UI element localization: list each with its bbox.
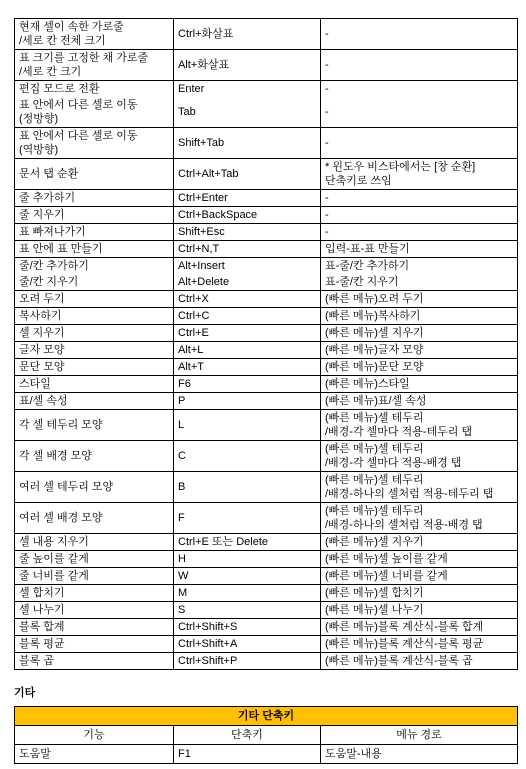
cell-function: 표 안에서 다른 셀로 이동 (역방향) xyxy=(15,128,174,159)
etc-table-title: 기타 단축키 xyxy=(15,707,518,726)
cell-function: 블록 평균 xyxy=(15,636,174,653)
cell-function: 표 안에서 다른 셀로 이동 (정방향) xyxy=(15,97,174,128)
cell-function: 표/셀 속성 xyxy=(15,393,174,410)
table-row: 각 셀 배경 모양C(빠른 메뉴)셀 테두리 /배경-각 셀마다 적용-배경 탭 xyxy=(15,441,518,472)
cell-function: 셀 나누기 xyxy=(15,602,174,619)
cell-menu: (빠른 메뉴)셀 나누기 xyxy=(321,602,518,619)
cell-menu: (빠른 메뉴)오려 두기 xyxy=(321,291,518,308)
cell-function: 줄 높이를 같게 xyxy=(15,551,174,568)
table-row: 블록 합계Ctrl+Shift+S(빠른 메뉴)블록 계산식-블록 합계 xyxy=(15,619,518,636)
cell-shortcut: Ctrl+X xyxy=(174,291,321,308)
table-row: 스타일F6(빠른 메뉴)스타일 xyxy=(15,376,518,393)
cell-menu: - xyxy=(321,19,518,50)
etc-header-menu: 메뉴 경로 xyxy=(321,726,518,745)
shortcut-table-body: 현재 셀이 속한 가로줄 /세로 칸 전체 크기Ctrl+화살표-표 크기를 고… xyxy=(15,19,518,670)
cell-menu: (빠른 메뉴)글자 모양 xyxy=(321,342,518,359)
cell-function: 표 빠져나가기 xyxy=(15,224,174,241)
cell-shortcut: Ctrl+C xyxy=(174,308,321,325)
cell-shortcut: Shift+Esc xyxy=(174,224,321,241)
table-row: 글자 모양Alt+L(빠른 메뉴)글자 모양 xyxy=(15,342,518,359)
table-row: 줄/칸 지우기Alt+Delete표-줄/칸 지우기 xyxy=(15,274,518,291)
cell-menu: - xyxy=(321,207,518,224)
table-row: 여러 셀 테두리 모양B(빠른 메뉴)셀 테두리 /배경-하나의 셀처럼 적용-… xyxy=(15,472,518,503)
cell-function: 줄 추가하기 xyxy=(15,190,174,207)
table-row: 줄/칸 추가하기Alt+Insert표-줄/칸 추가하기 xyxy=(15,258,518,275)
cell-shortcut: Ctrl+E 또는 Delete xyxy=(174,534,321,551)
cell-function: 도움말 xyxy=(15,745,174,764)
cell-shortcut: C xyxy=(174,441,321,472)
table-row: 표 크기를 고정한 채 가로줄 /세로 칸 크기Alt+화살표- xyxy=(15,50,518,81)
cell-shortcut: Ctrl+Enter xyxy=(174,190,321,207)
cell-menu: (빠른 메뉴)복사하기 xyxy=(321,308,518,325)
table-row: 표 안에서 다른 셀로 이동 (정방향)Tab- xyxy=(15,97,518,128)
cell-shortcut: F1 xyxy=(174,745,321,764)
cell-menu: - xyxy=(321,190,518,207)
cell-menu: (빠른 메뉴)셀 지우기 xyxy=(321,325,518,342)
cell-shortcut: M xyxy=(174,585,321,602)
cell-shortcut: Ctrl+E xyxy=(174,325,321,342)
cell-function: 줄/칸 지우기 xyxy=(15,274,174,291)
table-row: 블록 곱Ctrl+Shift+P(빠른 메뉴)블록 계산식-블록 곱 xyxy=(15,653,518,670)
cell-function: 여러 셀 배경 모양 xyxy=(15,503,174,534)
cell-function: 오려 두기 xyxy=(15,291,174,308)
cell-menu: (빠른 메뉴)블록 계산식-블록 곱 xyxy=(321,653,518,670)
table-row: 편집 모드로 전환Enter- xyxy=(15,81,518,98)
cell-menu: - xyxy=(321,50,518,81)
cell-function: 현재 셀이 속한 가로줄 /세로 칸 전체 크기 xyxy=(15,19,174,50)
cell-function: 셀 내용 지우기 xyxy=(15,534,174,551)
cell-function: 블록 합계 xyxy=(15,619,174,636)
cell-menu: (빠른 메뉴)셀 높이를 같게 xyxy=(321,551,518,568)
cell-function: 문단 모양 xyxy=(15,359,174,376)
table-etc-shortcuts: 기타 단축키 기능 단축키 메뉴 경로 도움말F1도움말-내용 xyxy=(14,706,518,764)
table-row: 줄 높이를 같게H(빠른 메뉴)셀 높이를 같게 xyxy=(15,551,518,568)
table-row: 줄 추가하기Ctrl+Enter- xyxy=(15,190,518,207)
table-row: 복사하기Ctrl+C(빠른 메뉴)복사하기 xyxy=(15,308,518,325)
cell-function: 스타일 xyxy=(15,376,174,393)
cell-menu: (빠른 메뉴)셀 합치기 xyxy=(321,585,518,602)
table-row: 셀 지우기Ctrl+E(빠른 메뉴)셀 지우기 xyxy=(15,325,518,342)
table-row: 셀 나누기S(빠른 메뉴)셀 나누기 xyxy=(15,602,518,619)
cell-shortcut: F xyxy=(174,503,321,534)
table-row: 셀 합치기M(빠른 메뉴)셀 합치기 xyxy=(15,585,518,602)
table-row: 표/셀 속성P(빠른 메뉴)표/셀 속성 xyxy=(15,393,518,410)
etc-header-function: 기능 xyxy=(15,726,174,745)
cell-function: 표 크기를 고정한 채 가로줄 /세로 칸 크기 xyxy=(15,50,174,81)
cell-function: 문서 탭 순환 xyxy=(15,159,174,190)
cell-shortcut: Tab xyxy=(174,97,321,128)
cell-function: 셀 지우기 xyxy=(15,325,174,342)
cell-function: 줄 지우기 xyxy=(15,207,174,224)
cell-shortcut: F6 xyxy=(174,376,321,393)
cell-menu: (빠른 메뉴)블록 계산식-블록 평균 xyxy=(321,636,518,653)
cell-menu: (빠른 메뉴)표/셀 속성 xyxy=(321,393,518,410)
cell-function: 블록 곱 xyxy=(15,653,174,670)
cell-function: 줄 너비를 같게 xyxy=(15,568,174,585)
cell-shortcut: Ctrl+화살표 xyxy=(174,19,321,50)
cell-menu: - xyxy=(321,128,518,159)
cell-shortcut: Ctrl+Shift+A xyxy=(174,636,321,653)
cell-menu: (빠른 메뉴)스타일 xyxy=(321,376,518,393)
cell-shortcut: Alt+T xyxy=(174,359,321,376)
cell-menu: - xyxy=(321,97,518,128)
cell-shortcut: Alt+L xyxy=(174,342,321,359)
cell-function: 편집 모드로 전환 xyxy=(15,81,174,98)
cell-menu: (빠른 메뉴)셀 지우기 xyxy=(321,534,518,551)
cell-menu: * 윈도우 비스타에서는 [창 순환] 단축키로 쓰임 xyxy=(321,159,518,190)
cell-menu: (빠른 메뉴)셀 테두리 /배경-각 셀마다 적용-배경 탭 xyxy=(321,441,518,472)
etc-table-body: 도움말F1도움말-내용 xyxy=(15,745,518,764)
cell-menu: (빠른 메뉴)문단 모양 xyxy=(321,359,518,376)
cell-menu: 표-줄/칸 지우기 xyxy=(321,274,518,291)
table-row: 문단 모양Alt+T(빠른 메뉴)문단 모양 xyxy=(15,359,518,376)
cell-menu: - xyxy=(321,81,518,98)
etc-header-row: 기능 단축키 메뉴 경로 xyxy=(15,726,518,745)
etc-header-shortcut: 단축키 xyxy=(174,726,321,745)
cell-function: 셀 합치기 xyxy=(15,585,174,602)
cell-shortcut: Alt+화살표 xyxy=(174,50,321,81)
cell-shortcut: Alt+Insert xyxy=(174,258,321,275)
cell-shortcut: W xyxy=(174,568,321,585)
table-row: 줄 너비를 같게W(빠른 메뉴)셀 너비를 같게 xyxy=(15,568,518,585)
cell-menu: (빠른 메뉴)셀 테두리 /배경-하나의 셀처럼 적용-배경 탭 xyxy=(321,503,518,534)
table-row: 블록 평균Ctrl+Shift+A(빠른 메뉴)블록 계산식-블록 평균 xyxy=(15,636,518,653)
cell-menu: (빠른 메뉴)블록 계산식-블록 합계 xyxy=(321,619,518,636)
cell-menu: 표-줄/칸 추가하기 xyxy=(321,258,518,275)
section-heading-etc: 기타 xyxy=(14,687,517,700)
cell-shortcut: Ctrl+Shift+S xyxy=(174,619,321,636)
cell-shortcut: B xyxy=(174,472,321,503)
cell-function: 여러 셀 테두리 모양 xyxy=(15,472,174,503)
cell-menu: (빠른 메뉴)셀 너비를 같게 xyxy=(321,568,518,585)
table-row: 여러 셀 배경 모양F(빠른 메뉴)셀 테두리 /배경-하나의 셀처럼 적용-배… xyxy=(15,503,518,534)
cell-function: 각 셀 배경 모양 xyxy=(15,441,174,472)
cell-shortcut: Enter xyxy=(174,81,321,98)
cell-shortcut: Shift+Tab xyxy=(174,128,321,159)
table-row: 줄 지우기Ctrl+BackSpace- xyxy=(15,207,518,224)
cell-function: 글자 모양 xyxy=(15,342,174,359)
table-row: 표 빠져나가기Shift+Esc- xyxy=(15,224,518,241)
cell-function: 복사하기 xyxy=(15,308,174,325)
cell-function: 줄/칸 추가하기 xyxy=(15,258,174,275)
cell-function: 표 안에 표 만들기 xyxy=(15,241,174,258)
cell-function: 각 셀 테두리 모양 xyxy=(15,410,174,441)
table-row: 도움말F1도움말-내용 xyxy=(15,745,518,764)
table-row: 문서 탭 순환Ctrl+Alt+Tab* 윈도우 비스타에서는 [창 순환] 단… xyxy=(15,159,518,190)
cell-shortcut: Ctrl+BackSpace xyxy=(174,207,321,224)
cell-menu: - xyxy=(321,224,518,241)
cell-menu: 도움말-내용 xyxy=(321,745,518,764)
cell-shortcut: S xyxy=(174,602,321,619)
table-row: 표 안에 표 만들기Ctrl+N,T입력-표-표 만들기 xyxy=(15,241,518,258)
cell-shortcut: Ctrl+Alt+Tab xyxy=(174,159,321,190)
cell-shortcut: L xyxy=(174,410,321,441)
etc-title-row: 기타 단축키 xyxy=(15,707,518,726)
table-row: 표 안에서 다른 셀로 이동 (역방향)Shift+Tab- xyxy=(15,128,518,159)
table-row: 각 셀 테두리 모양L(빠른 메뉴)셀 테두리 /배경-각 셀마다 적용-테두리… xyxy=(15,410,518,441)
cell-menu: (빠른 메뉴)셀 테두리 /배경-하나의 셀처럼 적용-테두리 탭 xyxy=(321,472,518,503)
page: 현재 셀이 속한 가로줄 /세로 칸 전체 크기Ctrl+화살표-표 크기를 고… xyxy=(0,0,526,764)
cell-shortcut: H xyxy=(174,551,321,568)
table-shortcuts: 현재 셀이 속한 가로줄 /세로 칸 전체 크기Ctrl+화살표-표 크기를 고… xyxy=(14,18,518,670)
cell-shortcut: Ctrl+Shift+P xyxy=(174,653,321,670)
cell-shortcut: P xyxy=(174,393,321,410)
cell-menu: (빠른 메뉴)셀 테두리 /배경-각 셀마다 적용-테두리 탭 xyxy=(321,410,518,441)
table-row: 셀 내용 지우기Ctrl+E 또는 Delete(빠른 메뉴)셀 지우기 xyxy=(15,534,518,551)
table-row: 현재 셀이 속한 가로줄 /세로 칸 전체 크기Ctrl+화살표- xyxy=(15,19,518,50)
cell-menu: 입력-표-표 만들기 xyxy=(321,241,518,258)
cell-shortcut: Ctrl+N,T xyxy=(174,241,321,258)
cell-shortcut: Alt+Delete xyxy=(174,274,321,291)
table-row: 오려 두기Ctrl+X(빠른 메뉴)오려 두기 xyxy=(15,291,518,308)
